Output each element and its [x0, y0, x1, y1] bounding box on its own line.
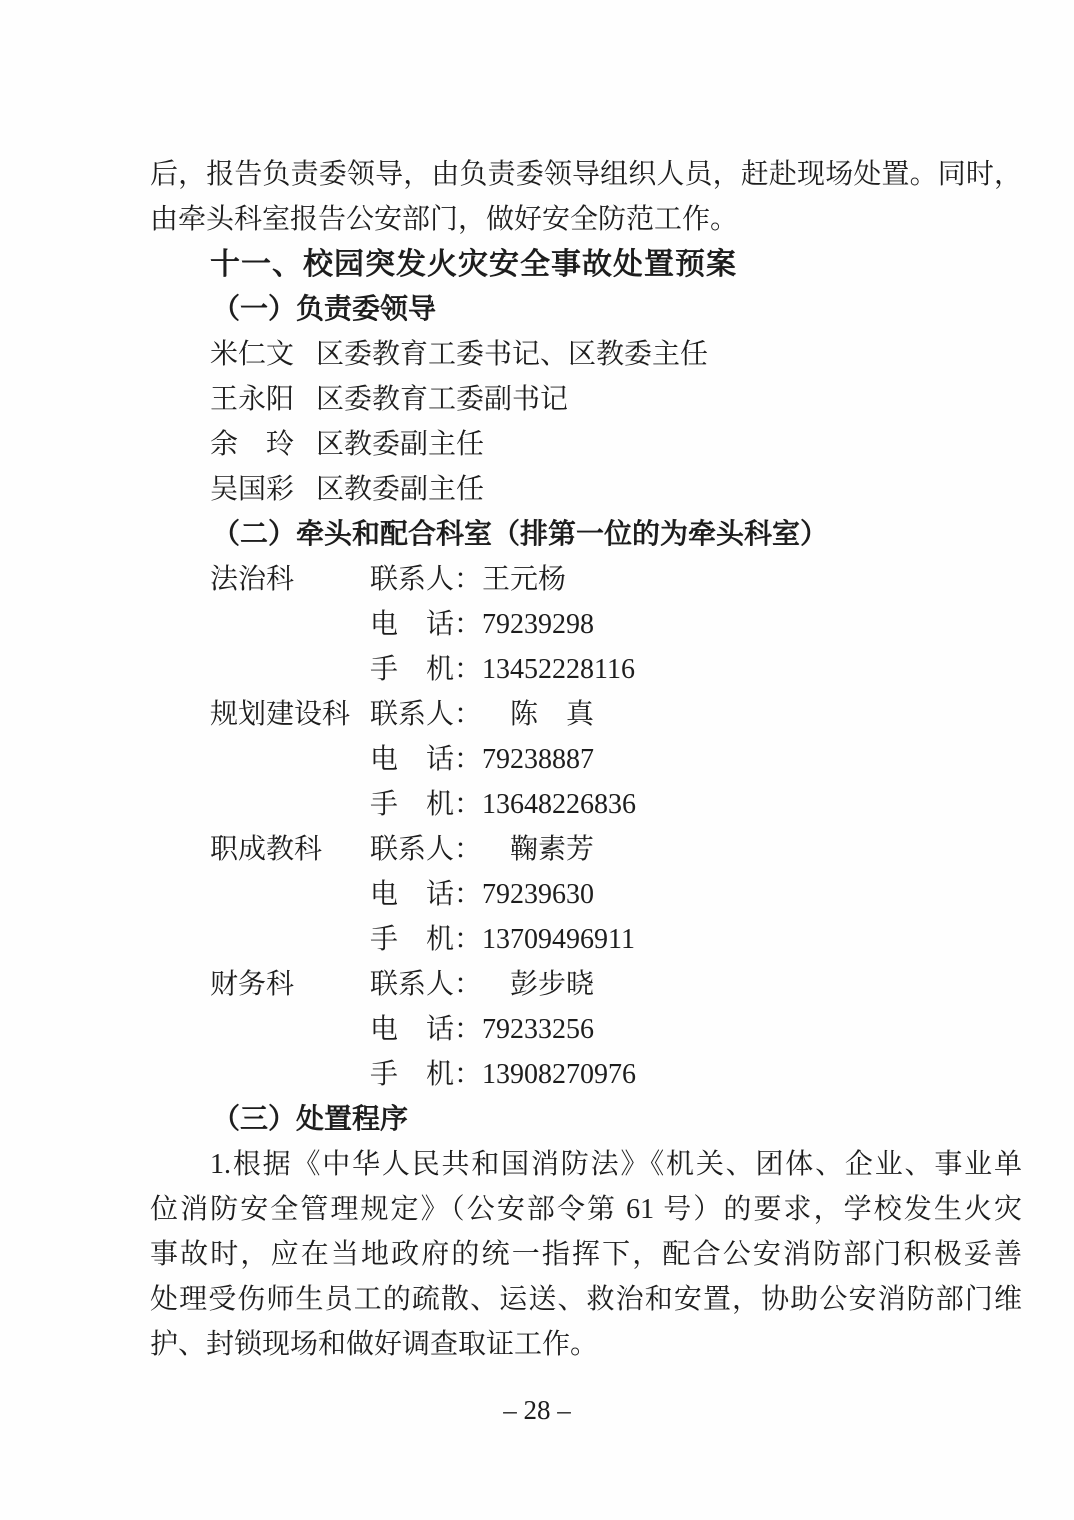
- leader-row: 余 玲区教委副主任: [150, 422, 1022, 467]
- contact-name: 陈 真: [482, 692, 594, 737]
- subsection-1-heading: （一）负责委领导: [150, 287, 1022, 332]
- mobile-label: 手 机：: [370, 917, 482, 962]
- contact-label: 联系人：: [370, 557, 482, 602]
- leader-title: 区教委副主任: [316, 474, 484, 505]
- subsection-3-heading: （三）处置程序: [150, 1097, 1022, 1142]
- mobile-row: 手 机： 13648226836: [150, 782, 1022, 827]
- department-contact-block: 财务科 联系人： 彭步晓 电 话： 79233256 手 机： 13908270…: [150, 962, 1022, 1097]
- subsection-2-heading: （二）牵头和配合科室（排第一位的为牵头科室）: [150, 512, 1022, 557]
- paragraph-line: 1.根据《中华人民共和国消防法》《机关、团体、企业、事业单: [150, 1142, 1022, 1187]
- mobile-number: 13908270976: [482, 1052, 636, 1097]
- phone-row: 电 话： 79238887: [150, 737, 1022, 782]
- leader-title: 区教委副主任: [316, 429, 484, 460]
- mobile-label: 手 机：: [370, 647, 482, 692]
- phone-label: 电 话：: [370, 1007, 482, 1052]
- contact-row: 职成教科 联系人： 鞠素芳: [150, 827, 1022, 872]
- contact-name: 鞠素芳: [482, 827, 594, 872]
- leader-row: 王永阳区委教育工委副书记: [150, 377, 1022, 422]
- department-contact-block: 规划建设科 联系人： 陈 真 电 话： 79238887 手 机： 136482…: [150, 692, 1022, 827]
- paragraph-line: 处理受伤师生员工的疏散、运送、救治和安置，协助公安消防部门维: [150, 1277, 1022, 1322]
- paragraph-line: 位消防安全管理规定》（公安部令第 61 号）的要求，学校发生火灾: [150, 1187, 1022, 1232]
- contact-row: 规划建设科 联系人： 陈 真: [150, 692, 1022, 737]
- paragraph-line: 后，报告负责委领导，由负责委领导组织人员，赶赴现场处置。同时，: [150, 152, 1022, 197]
- department-contact-block: 法治科 联系人： 王元杨 电 话： 79239298 手 机： 13452228…: [150, 557, 1022, 692]
- leader-name: 米仁文: [210, 332, 316, 377]
- department-contact-block: 职成教科 联系人： 鞠素芳 电 话： 79239630 手 机： 1370949…: [150, 827, 1022, 962]
- contact-label: 联系人：: [370, 827, 482, 872]
- mobile-row: 手 机： 13709496911: [150, 917, 1022, 962]
- phone-row: 电 话： 79239298: [150, 602, 1022, 647]
- paragraph-line: 护、封锁现场和做好调查取证工作。: [150, 1322, 1022, 1367]
- contact-name: 彭步晓: [482, 962, 594, 1007]
- phone-label: 电 话：: [370, 872, 482, 917]
- mobile-row: 手 机： 13908270976: [150, 1052, 1022, 1097]
- department-name: 职成教科: [210, 827, 370, 872]
- mobile-number: 13452228116: [482, 647, 635, 692]
- phone-number: 79233256: [482, 1007, 594, 1052]
- leader-row: 吴国彩区教委副主任: [150, 467, 1022, 512]
- contact-label: 联系人：: [370, 692, 482, 737]
- department-name: 法治科: [210, 557, 370, 602]
- mobile-row: 手 机： 13452228116: [150, 647, 1022, 692]
- contact-label: 联系人：: [370, 962, 482, 1007]
- document-page: 后，报告负责委领导，由负责委领导组织人员，赶赴现场处置。同时， 由牵头科室报告公…: [0, 0, 1074, 1520]
- phone-row: 电 话： 79239630: [150, 872, 1022, 917]
- mobile-label: 手 机：: [370, 1052, 482, 1097]
- phone-number: 79239298: [482, 602, 594, 647]
- mobile-number: 13709496911: [482, 917, 635, 962]
- paragraph-line: 事故时，应在当地政府的统一指挥下，配合公安消防部门积极妥善: [150, 1232, 1022, 1277]
- document-body: 后，报告负责委领导，由负责委领导组织人员，赶赴现场处置。同时， 由牵头科室报告公…: [150, 152, 1022, 1367]
- phone-label: 电 话：: [370, 737, 482, 782]
- leader-title: 区委教育工委副书记: [316, 384, 568, 415]
- mobile-label: 手 机：: [370, 782, 482, 827]
- contact-row: 财务科 联系人： 彭步晓: [150, 962, 1022, 1007]
- leader-name: 王永阳: [210, 377, 316, 422]
- leader-title: 区委教育工委书记、区教委主任: [316, 339, 708, 370]
- contact-name: 王元杨: [482, 557, 566, 602]
- leader-name: 余 玲: [210, 422, 316, 467]
- phone-number: 79239630: [482, 872, 594, 917]
- phone-label: 电 话：: [370, 602, 482, 647]
- department-name: 规划建设科: [210, 692, 370, 737]
- paragraph-line: 由牵头科室报告公安部门，做好安全防范工作。: [150, 197, 1022, 242]
- phone-number: 79238887: [482, 737, 594, 782]
- section-heading: 十一、校园突发火灾安全事故处置预案: [150, 242, 1022, 287]
- contact-row: 法治科 联系人： 王元杨: [150, 557, 1022, 602]
- mobile-number: 13648226836: [482, 782, 636, 827]
- phone-row: 电 话： 79233256: [150, 1007, 1022, 1052]
- leader-row: 米仁文区委教育工委书记、区教委主任: [150, 332, 1022, 377]
- leader-name: 吴国彩: [210, 467, 316, 512]
- department-name: 财务科: [210, 962, 370, 1007]
- page-number: – 28 –: [0, 1388, 1074, 1433]
